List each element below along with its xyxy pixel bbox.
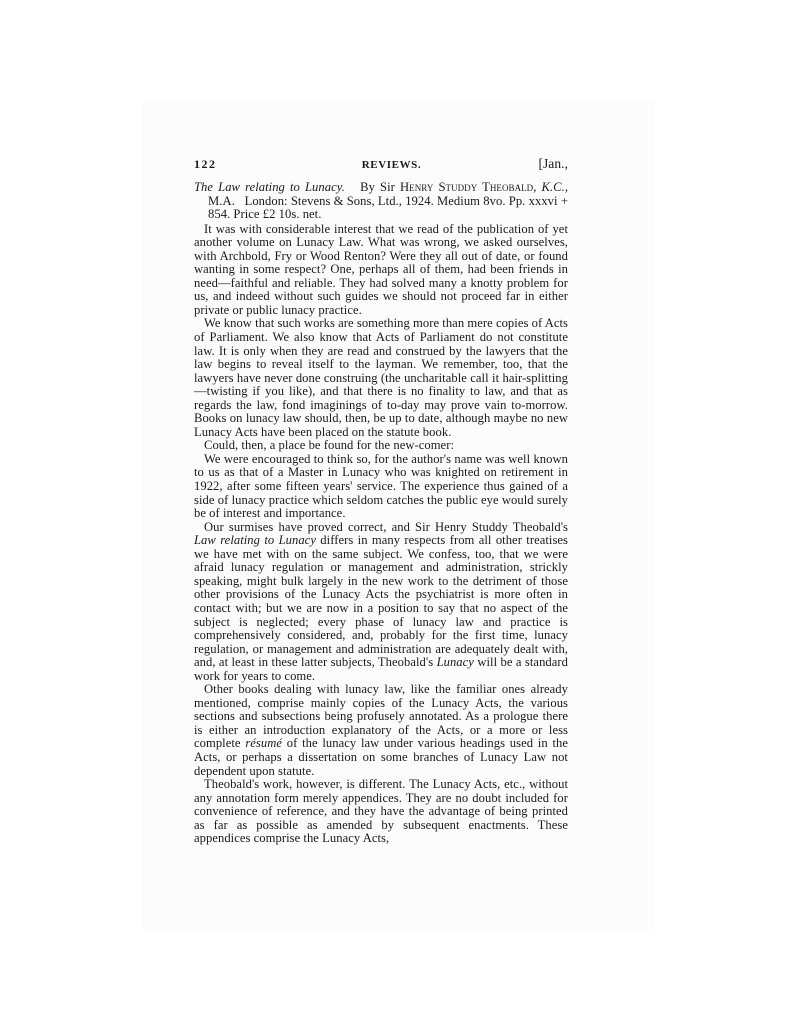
- paragraph-5-short-title: Lunacy: [437, 655, 474, 669]
- paragraph-5-book-title: Law relating to Lunacy: [194, 533, 316, 547]
- paragraph-1: It was with considerable interest that w…: [194, 223, 568, 318]
- paragraph-5-text-a: Our surmises have proved correct, and Si…: [204, 520, 568, 534]
- paragraph-2: We know that such works are something mo…: [194, 317, 568, 439]
- paragraph-4: We were encouraged to think so, for the …: [194, 453, 568, 521]
- paragraph-6-resume: résumé: [245, 736, 282, 750]
- publication-details: London: Stevens & Sons, Ltd., 1924. Medi…: [208, 194, 568, 222]
- paragraph-7: Theobald's work, however, is different. …: [194, 778, 568, 846]
- paragraph-3: Could, then, a place be found for the ne…: [194, 439, 568, 453]
- running-head: 122 REVIEWS. [Jan.,: [194, 157, 568, 175]
- book-title: The Law relating to Lunacy.: [194, 180, 345, 194]
- author-credentials: M.A.: [208, 194, 235, 208]
- paragraph-5-text-b: differs in many respects from all other …: [194, 533, 568, 669]
- running-head-date: [Jan.,: [538, 157, 568, 171]
- page-number: 122: [194, 158, 217, 172]
- paragraph-6: Other books dealing with lunacy law, lik…: [194, 683, 568, 778]
- section-title: REVIEWS.: [362, 159, 422, 173]
- book-citation: The Law relating to Lunacy. By Sir Henry…: [194, 181, 568, 222]
- paragraph-5: Our surmises have proved correct, and Si…: [194, 521, 568, 684]
- page-content: 122 REVIEWS. [Jan., The Law relating to …: [194, 157, 568, 846]
- author-credentials-italic: K.C.,: [542, 180, 569, 194]
- citation-by: By Sir: [360, 180, 395, 194]
- book-author: Henry Studdy Theobald,: [400, 180, 536, 194]
